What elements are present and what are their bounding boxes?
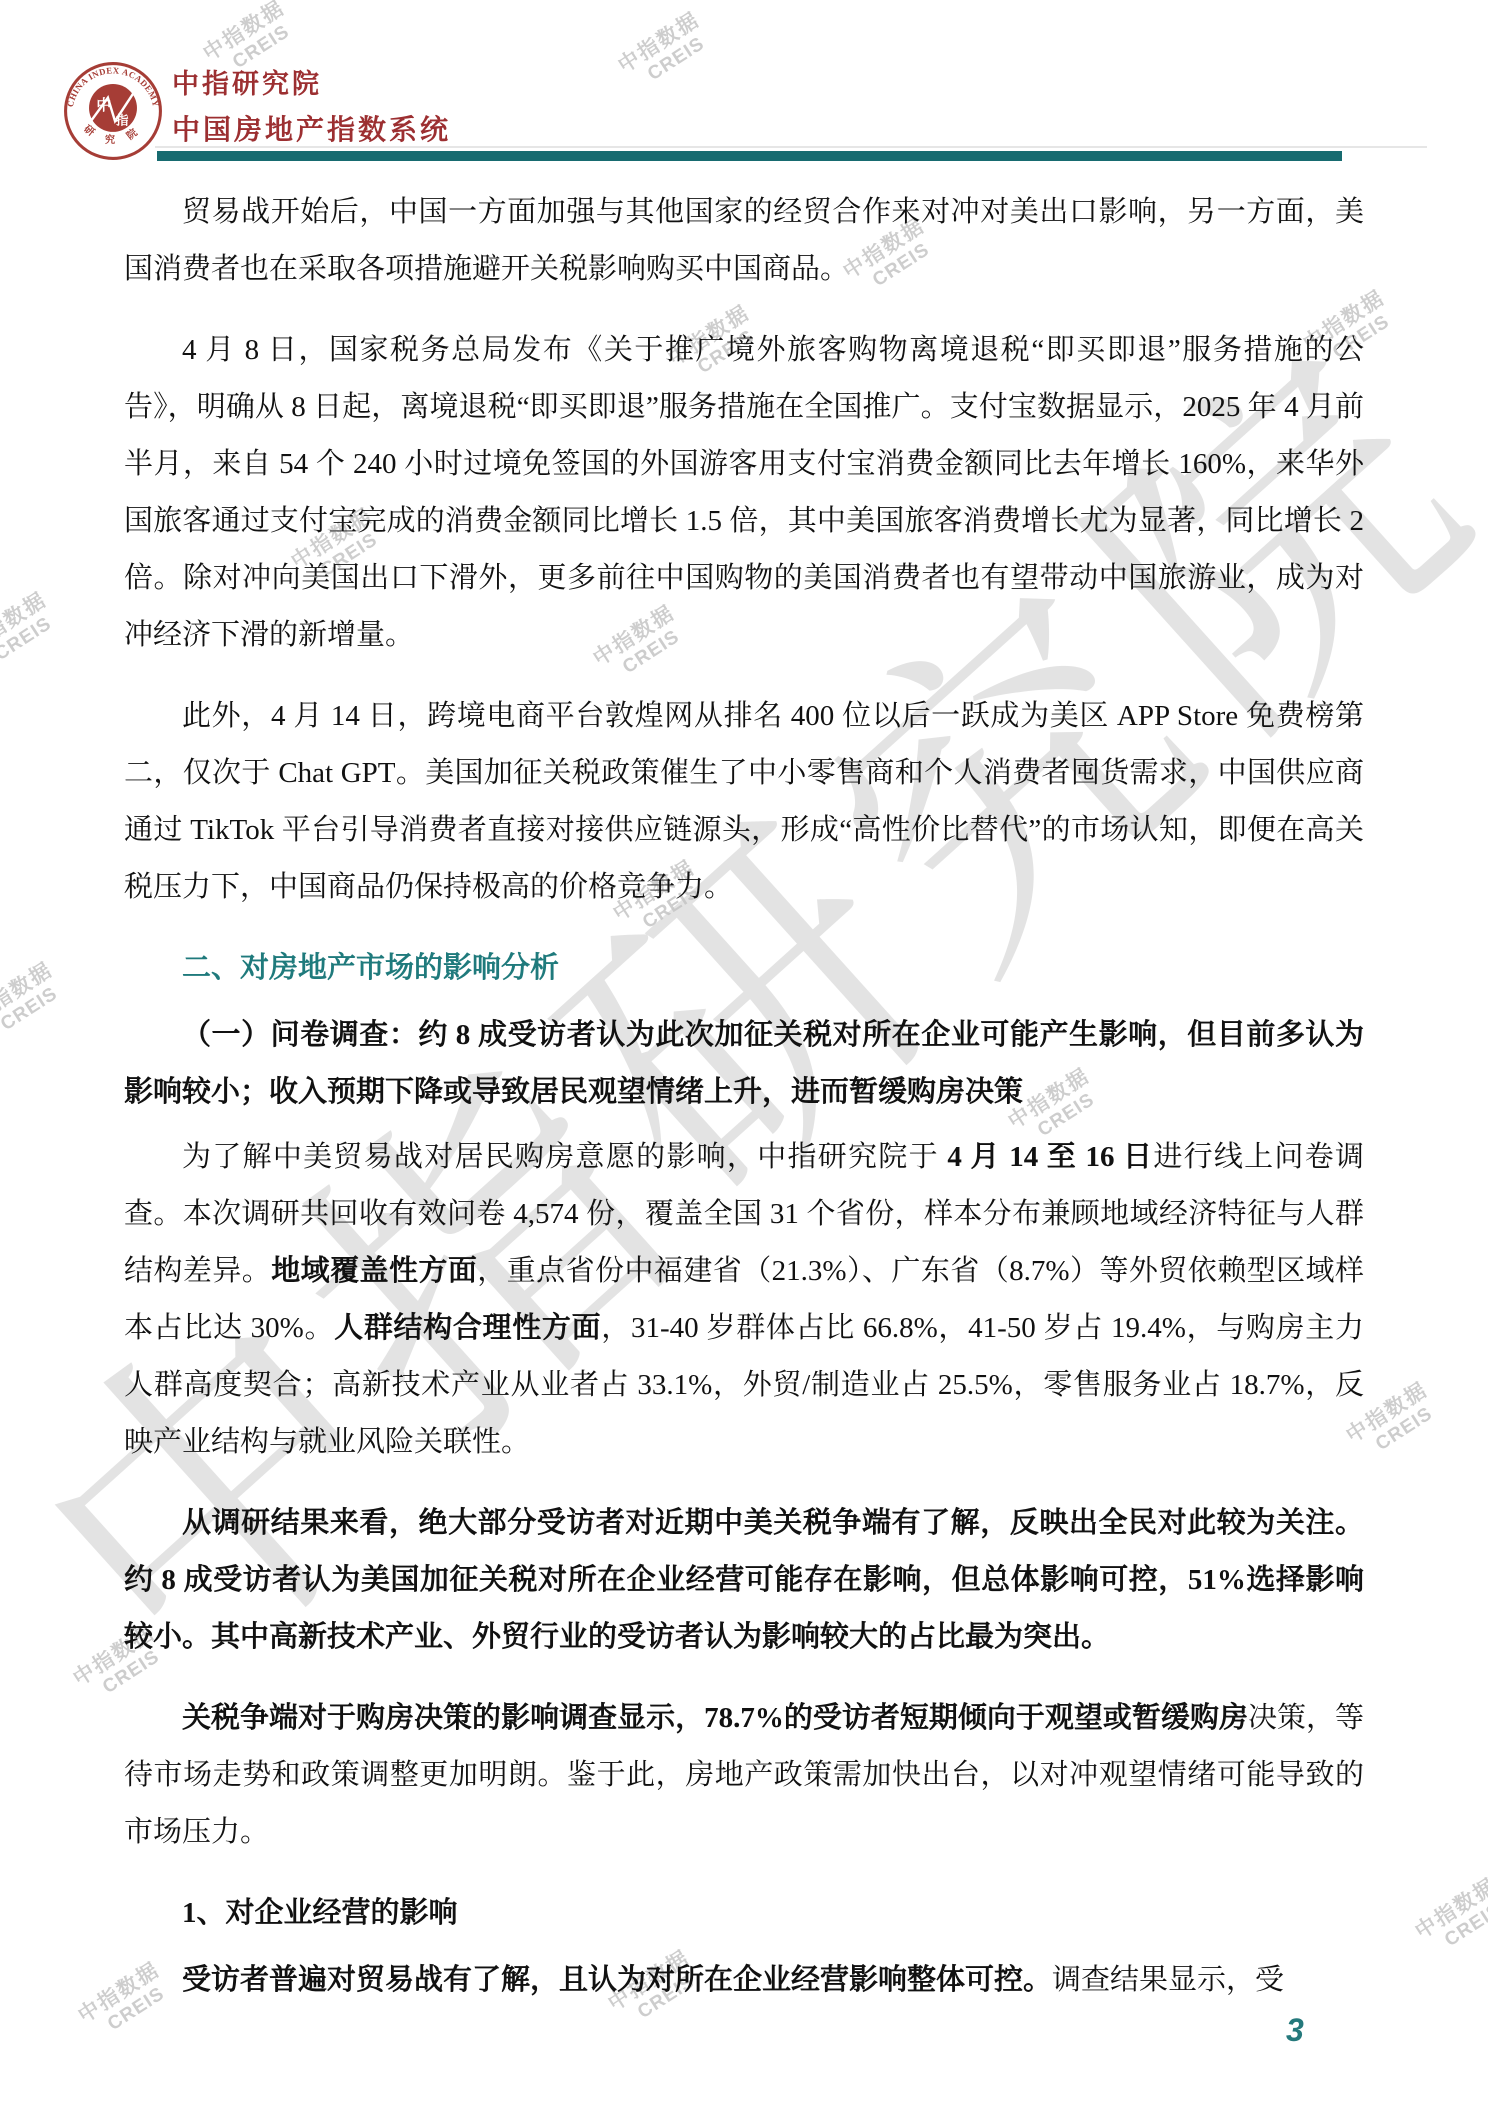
document-page: 中指研究院 中指数据CREIS中指数据CREIS中指数据CREIS中指数据CRE… (0, 0, 1488, 2104)
china-index-academy-logo-icon: CHINA INDEX ACADEMY 研 究 院 中 指 (62, 56, 164, 166)
header-divider-teal (157, 151, 1342, 161)
section-heading: 1、对企业经营的影响 (124, 1885, 1364, 1942)
creis-watermark: 中指数据CREIS (614, 8, 716, 96)
document-body: 贸易战开始后，中国一方面加强与其他国家的经贸合作来对冲对美出口影响，另一方面，美… (124, 172, 1364, 2033)
paragraph: 贸易战开始后，中国一方面加强与其他国家的经贸合作来对冲对美出口影响，另一方面，美… (124, 184, 1364, 298)
paragraph: 此外，4 月 14 日，跨境电商平台敦煌网从排名 400 位以后一跃成为美区 A… (124, 688, 1364, 916)
paragraph: 关税争端对于购房决策的影响调查显示，78.7%的受访者短期倾向于观望或暂缓购房决… (124, 1690, 1364, 1861)
creis-watermark: 中指数据CREIS (1411, 1874, 1488, 1962)
section-heading: 二、对房地产市场的影响分析 (124, 940, 1364, 997)
creis-watermark: 中指数据CREIS (0, 588, 63, 676)
brand-title: 中指研究院 (172, 62, 451, 101)
paragraph: 4 月 8 日，国家税务总局发布《关于推广境外旅客购物离境退税“即买即退”服务措… (124, 322, 1364, 664)
brand-subtitle: 中国房地产指数系统 (172, 108, 451, 148)
paragraph: 为了解中美贸易战对居民购房意愿的影响，中指研究院于 4 月 14 至 16 日进… (124, 1129, 1364, 1471)
logo-inner-char1: 中 (96, 97, 111, 114)
paragraph: 从调研结果来看，绝大部分受访者对近期中美关税争端有了解，反映出全民对此较为关注。… (124, 1495, 1364, 1666)
creis-watermark: 中指数据CREIS (0, 958, 69, 1046)
brand-block: 中指研究院 中国房地产指数系统 (172, 62, 451, 148)
section-heading: （一）问卷调查：约 8 成受访者认为此次加征关税对所在企业可能产生影响，但目前多… (124, 1007, 1364, 1121)
logo-inner-char2: 指 (115, 112, 129, 127)
header-divider-light (155, 146, 1427, 148)
paragraph: 受访者普遍对贸易战有了解，且认为对所在企业经营影响整体可控。调查结果显示，受 (124, 1952, 1364, 2009)
page-number: 3 (1286, 2012, 1304, 2049)
